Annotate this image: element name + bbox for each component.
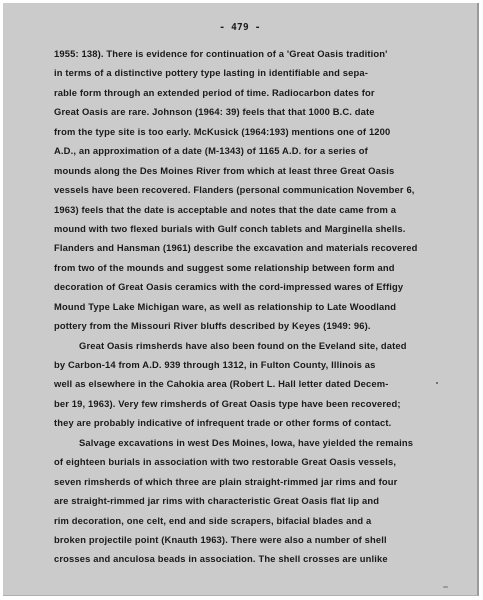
text-line: they are probably indicative of infreque… <box>54 413 434 432</box>
text-line: Salvage excavations in west Des Moines, … <box>54 433 434 452</box>
text-line: well as elsewhere in the Cahokia area (R… <box>54 374 434 393</box>
text-line: 1955: 138). There is evidence for contin… <box>54 44 434 63</box>
text-line: vessels have been recovered. Flanders (p… <box>54 180 434 199</box>
text-line: decoration of Great Oasis ceramics with … <box>54 277 434 296</box>
text-line: of eighteen burials in association with … <box>54 452 434 471</box>
scan-speck <box>436 382 438 384</box>
text-line: rim decoration, one celt, end and side s… <box>54 511 434 530</box>
text-line: from the type site is too early. McKusic… <box>54 122 434 141</box>
document-page: - 479 - 1955: 138). There is evidence fo… <box>3 3 479 596</box>
text-line: by Carbon-14 from A.D. 939 through 1312,… <box>54 355 434 374</box>
text-line: mound with two flexed burials with Gulf … <box>54 219 434 238</box>
text-line: crosses and anculosa beads in associatio… <box>54 549 434 568</box>
page-number: - 479 - <box>3 22 477 33</box>
text-line: rable form through an extended period of… <box>54 83 434 102</box>
text-line: are straight-rimmed jar rims with charac… <box>54 491 434 510</box>
text-line: in terms of a distinctive pottery type l… <box>54 63 434 82</box>
text-line: A.D., an approximation of a date (M-1343… <box>54 141 434 160</box>
text-line: Mound Type Lake Michigan ware, as well a… <box>54 297 434 316</box>
text-line: Flanders and Hansman (1961) describe the… <box>54 238 434 257</box>
text-line: ber 19, 1963). Very few rimsherds of Gre… <box>54 394 434 413</box>
body-text: 1955: 138). There is evidence for contin… <box>54 44 434 569</box>
text-line: broken projectile point (Knauth 1963). T… <box>54 530 434 549</box>
text-line: pottery from the Missouri River bluffs d… <box>54 316 434 335</box>
text-line: mounds along the Des Moines River from w… <box>54 161 434 180</box>
text-line: seven rimsherds of which three are plain… <box>54 472 434 491</box>
scan-speck <box>443 586 448 588</box>
text-line: Great Oasis rimsherds have also been fou… <box>54 336 434 355</box>
text-line: Great Oasis are rare. Johnson (1964: 39)… <box>54 102 434 121</box>
text-line: from two of the mounds and suggest some … <box>54 258 434 277</box>
text-line: 1963) feels that the date is acceptable … <box>54 200 434 219</box>
